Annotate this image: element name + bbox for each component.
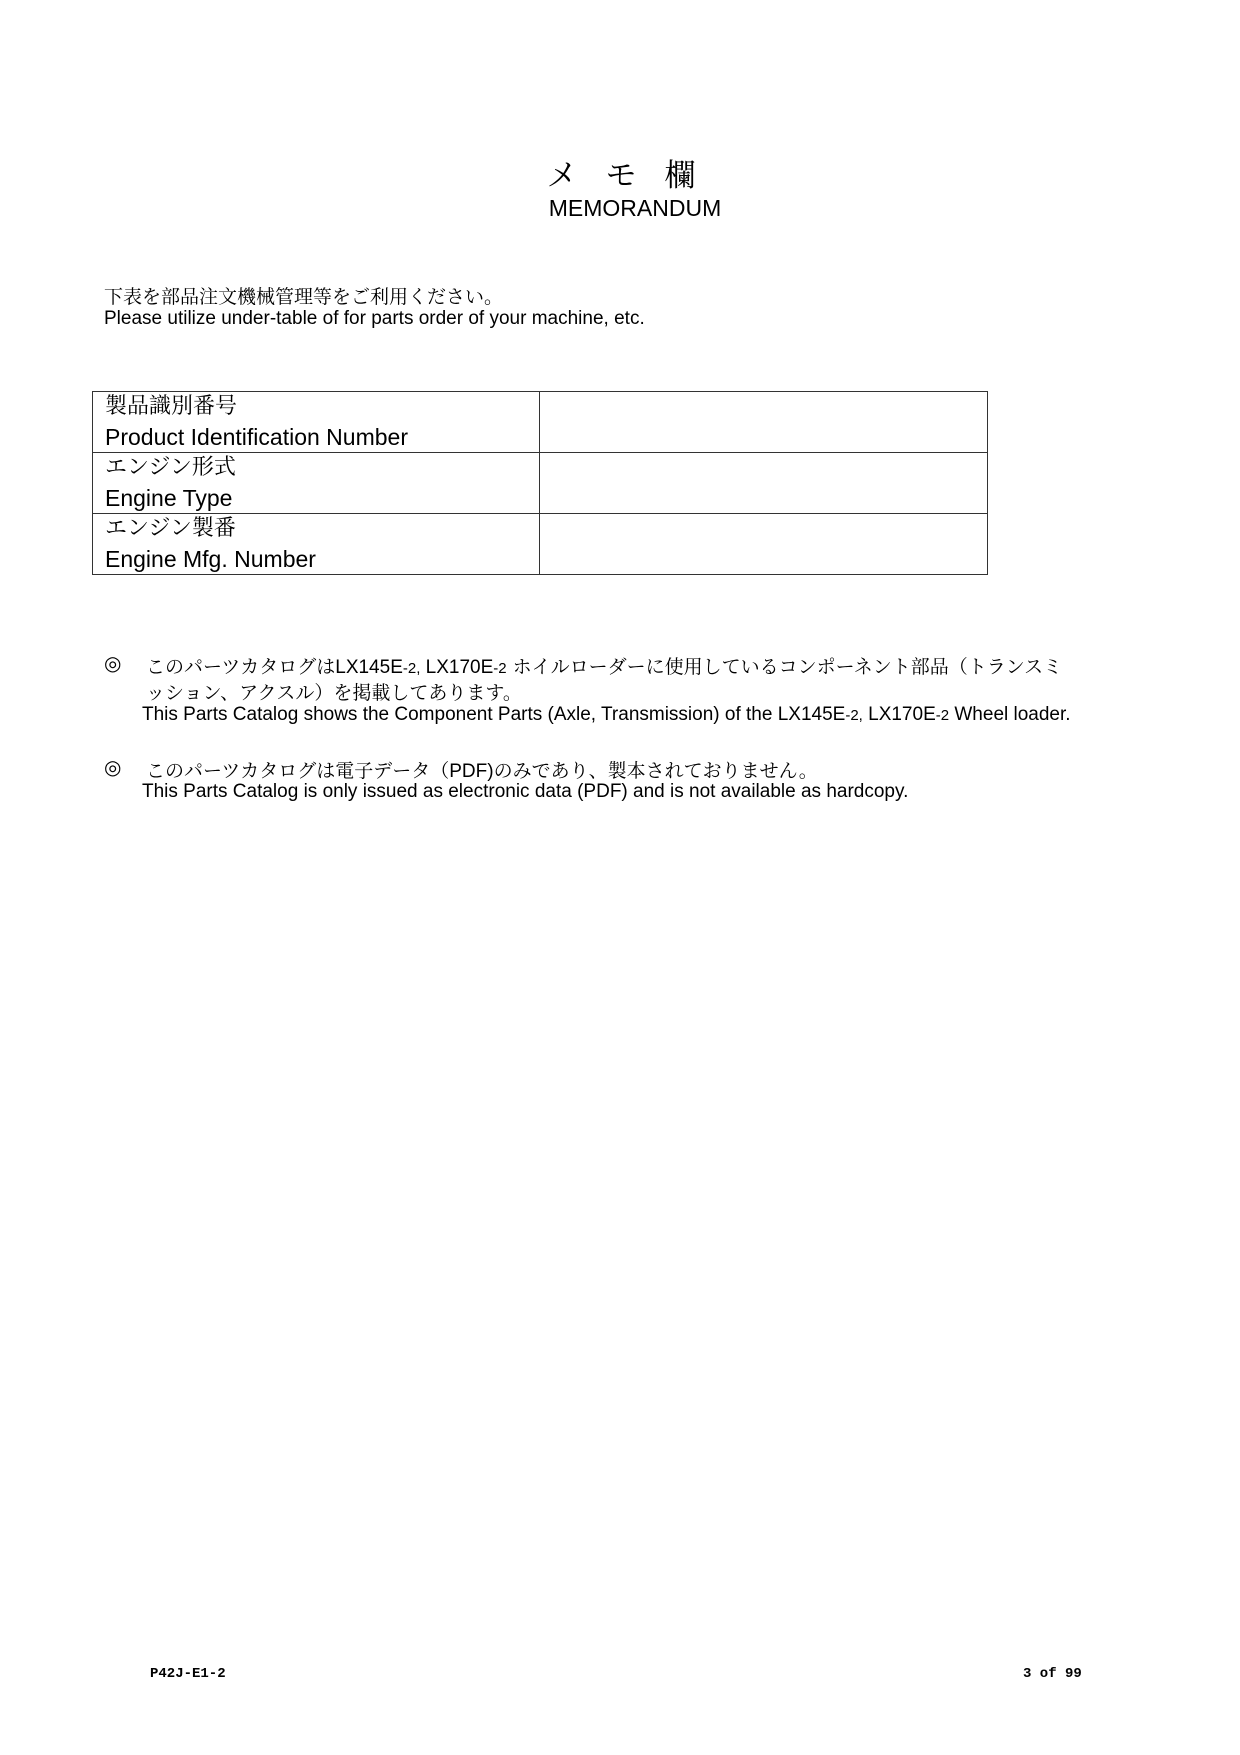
label-english: Product Identification Number [105,422,539,452]
note-text: Wheel loader. [949,704,1070,725]
note-text: ホイルローダーに使用しているコンポーネント部品（トランスミ [507,656,1063,678]
note-1-english: This Parts Catalog shows the Component P… [142,704,1071,726]
page-title: MEMORANDUM [0,195,1240,222]
engine-mfg-number-field[interactable] [540,514,988,575]
model-suffix: -2 [493,660,506,677]
page-number: 3 of 99 [1023,1666,1082,1682]
model-name: LX145E [335,657,403,678]
label-english: Engine Mfg. Number [105,544,539,574]
model-suffix: -2 [936,707,949,724]
page-title-japanese: メモ欄 [0,150,1240,195]
row-label: エンジン製番 Engine Mfg. Number [93,514,540,575]
label-japanese: 製品識別番号 [105,392,539,422]
label-english: Engine Type [105,483,539,513]
engine-type-field[interactable] [540,453,988,514]
note-text: PDF) [449,761,493,782]
double-circle-bullet-icon: ◎ [104,755,121,780]
row-label: エンジン形式 Engine Type [93,453,540,514]
model-suffix: -2, [845,707,863,724]
document-code: P42J-E1-2 [150,1666,226,1682]
double-circle-bullet-icon: ◎ [104,651,121,676]
note-2-japanese: このパーツカタログは電子データ（PDF)のみであり、製本されておりません。 [146,756,818,783]
note-text: このパーツカタログは電子データ（ [146,760,449,782]
table-row: エンジン製番 Engine Mfg. Number [93,514,988,575]
model-name: LX170E [420,657,493,678]
label-japanese: エンジン形式 [105,453,539,483]
note-text: This Parts Catalog shows the Component P… [142,704,845,725]
note-2-english: This Parts Catalog is only issued as ele… [142,781,908,803]
product-identification-number-field[interactable] [540,392,988,453]
note-text: のみであり、製本されておりません。 [494,760,818,782]
note-1-japanese-line-2: ッション、アクスル）を掲載してあります。 [146,678,522,705]
intro-text-japanese: 下表を部品注文機械管理等をご利用ください。 [104,282,503,309]
label-japanese: エンジン製番 [105,514,539,544]
model-suffix: -2, [403,660,421,677]
memo-table: 製品識別番号 Product Identification Number エンジ… [92,391,988,575]
note-1-japanese-line-1: このパーツカタログはLX145E-2, LX170E-2 ホイルローダーに使用し… [146,652,1062,679]
model-name: LX170E [863,704,936,725]
intro-text: Please utilize under-table of for parts … [104,308,645,330]
table-row: 製品識別番号 Product Identification Number [93,392,988,453]
table-row: エンジン形式 Engine Type [93,453,988,514]
row-label: 製品識別番号 Product Identification Number [93,392,540,453]
note-text: このパーツカタログは [146,656,335,678]
